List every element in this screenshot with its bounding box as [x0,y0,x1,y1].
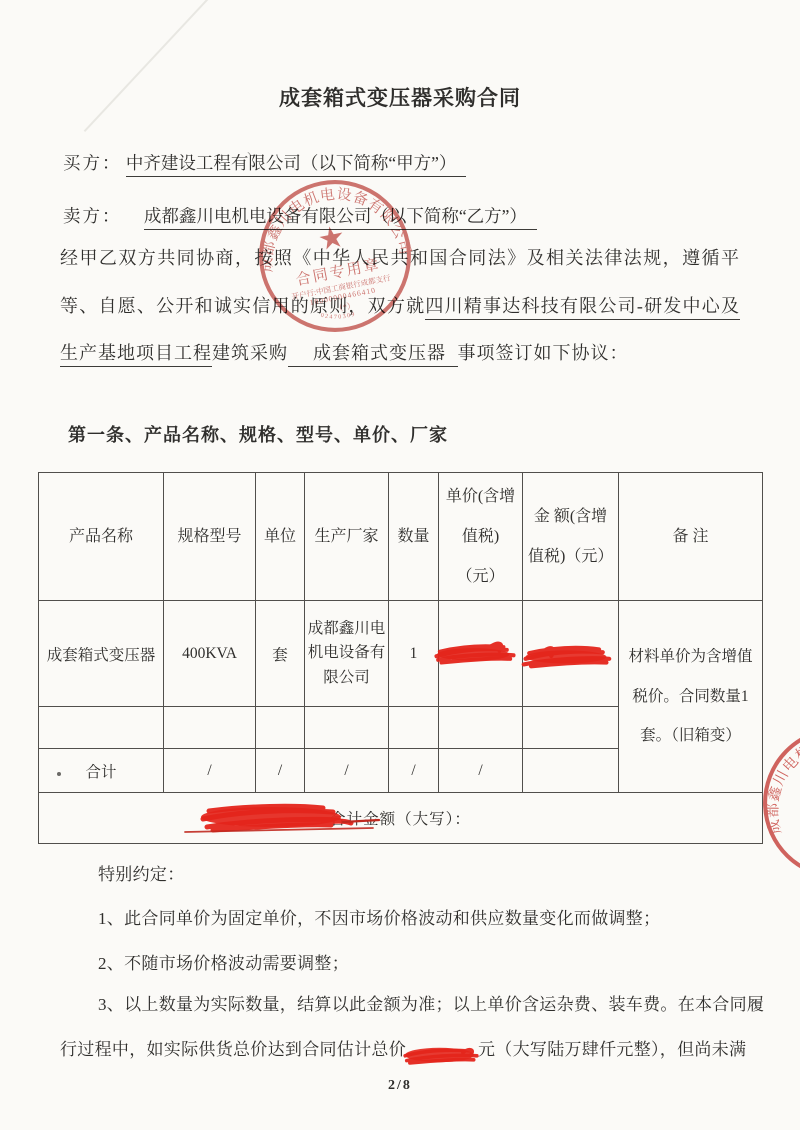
section1-heading: 第一条、产品名称、规格、型号、单价、厂家 [68,421,448,447]
preamble-line2-plain: 等、自愿、公开和诚实信用的原则，双方就 [60,296,425,316]
col-header-amount: 金 额(含增值税)（元） [523,473,619,601]
col-header-notes: 备 注 [619,473,763,601]
scan-crease-artifact [84,0,212,132]
cell-total-unit: / [256,749,305,793]
col-header-maker: 生产厂家 [305,473,389,601]
preamble-line2-underlined: 四川精事达科技有限公司-研发中心及 [425,296,740,320]
seller-label: 卖方： [63,206,122,226]
seller-line: 卖方： 成都鑫川电机电设备有限公司（以下简称“乙方”） [63,203,753,228]
empty-cell [164,707,256,749]
empty-cell [256,707,305,749]
table-row-total-words: 合计金额（大写）： [39,793,763,844]
buyer-line: 买方： 中齐建设工程有限公司（以下简称“甲方”） [63,150,753,175]
col-header-qty: 数量 [389,473,439,601]
preamble-line1: 经甲乙双方共同协商，按照《中华人民共和国合同法》及相关法律法规，遵循平 [60,247,740,270]
cell-total-unit-price: / [439,749,523,793]
special-heading: 特别约定： [98,860,758,885]
empty-cell [305,707,389,749]
preamble-line3: 生产基地项目工程建筑采购 成套箱式变压器 事项签订如下协议： [60,342,740,365]
cell-spec: 400KVA [164,601,256,707]
special-item-3-line1: 3、以上数量为实际数量，结算以此金额为准；以上单价含运杂费、装车费。在本合同履 [98,990,758,1015]
col-header-unit-price: 单价(含增值税)（元） [439,473,523,601]
table-header-row: 产品名称 规格型号 单位 生产厂家 数量 单价(含增值税)（元） 金 额(含增值… [39,473,763,601]
col-header-spec: 规格型号 [164,473,256,601]
item3-pre-text: 行过程中，如实际供货总价达到合同估计总价 [60,1040,406,1059]
cell-maker: 成都鑫川电机电设备有限公司 [305,601,389,707]
scan-dot-artifact [57,772,61,776]
empty-cell [439,707,523,749]
preamble-line3-underlined2: 成套箱式变压器 [288,343,458,367]
cell-total-label: 合计 [39,749,164,793]
preamble-line3-plain2: 事项签订如下协议： [458,343,629,363]
col-header-unit: 单位 [256,473,305,601]
cell-notes: 材料单价为含增值税价。合同数量1套。（旧箱变） [619,601,763,793]
cell-total-maker: / [305,749,389,793]
table-row-product: 成套箱式变压器 400KVA 套 成都鑫川电机电设备有限公司 1 材料单价为含增… [39,601,763,707]
contract-page: 、 成套箱式变压器采购合同 买方： 中齐建设工程有限公司（以下简称“甲方”） 卖… [0,0,800,1130]
special-item-1: 1、此合同单价为固定单价，不因市场价格波动和供应数量变化而做调整； [98,904,758,929]
cell-amount-redacted [523,601,619,707]
cell-qty: 1 [389,601,439,707]
cell-total-qty: / [389,749,439,793]
preamble-line2: 等、自愿、公开和诚实信用的原则，双方就四川精事达科技有限公司-研发中心及 [60,295,740,318]
cell-unit: 套 [256,601,305,707]
empty-cell [523,707,619,749]
page-number: 2/8 [0,1078,800,1094]
seller-value: 成都鑫川电机电设备有限公司（以下简称“乙方”） [144,206,537,230]
cell-total-words-label: 合计金额（大写）： [39,793,763,844]
product-table: 产品名称 规格型号 单位 生产厂家 数量 单价(含增值税)（元） 金 额(含增值… [38,472,763,844]
preamble-line3-underlined1: 生产基地项目工程 [60,343,212,367]
cell-total-spec: / [164,749,256,793]
special-item-2: 2、不随市场价格波动需要调整； [98,949,758,974]
col-header-product: 产品名称 [39,473,164,601]
item3-post-text: 元（大写陆万肆仟元整），但尚未满 [478,1040,746,1059]
buyer-label: 买方： [63,153,122,173]
cell-unit-price-redacted [439,601,523,707]
empty-cell [39,707,164,749]
cell-product: 成套箱式变压器 [39,601,164,707]
cell-total-amount [523,749,619,793]
preamble-line3-plain1: 建筑采购 [212,343,288,363]
buyer-value: 中齐建设工程有限公司（以下简称“甲方”） [126,153,467,177]
page-title: 成套箱式变压器采购合同 [0,82,800,112]
empty-cell [389,707,439,749]
special-item-3-line2: 行过程中，如实际供货总价达到合同估计总价元（大写陆万肆仟元整），但尚未满 [60,1035,760,1060]
